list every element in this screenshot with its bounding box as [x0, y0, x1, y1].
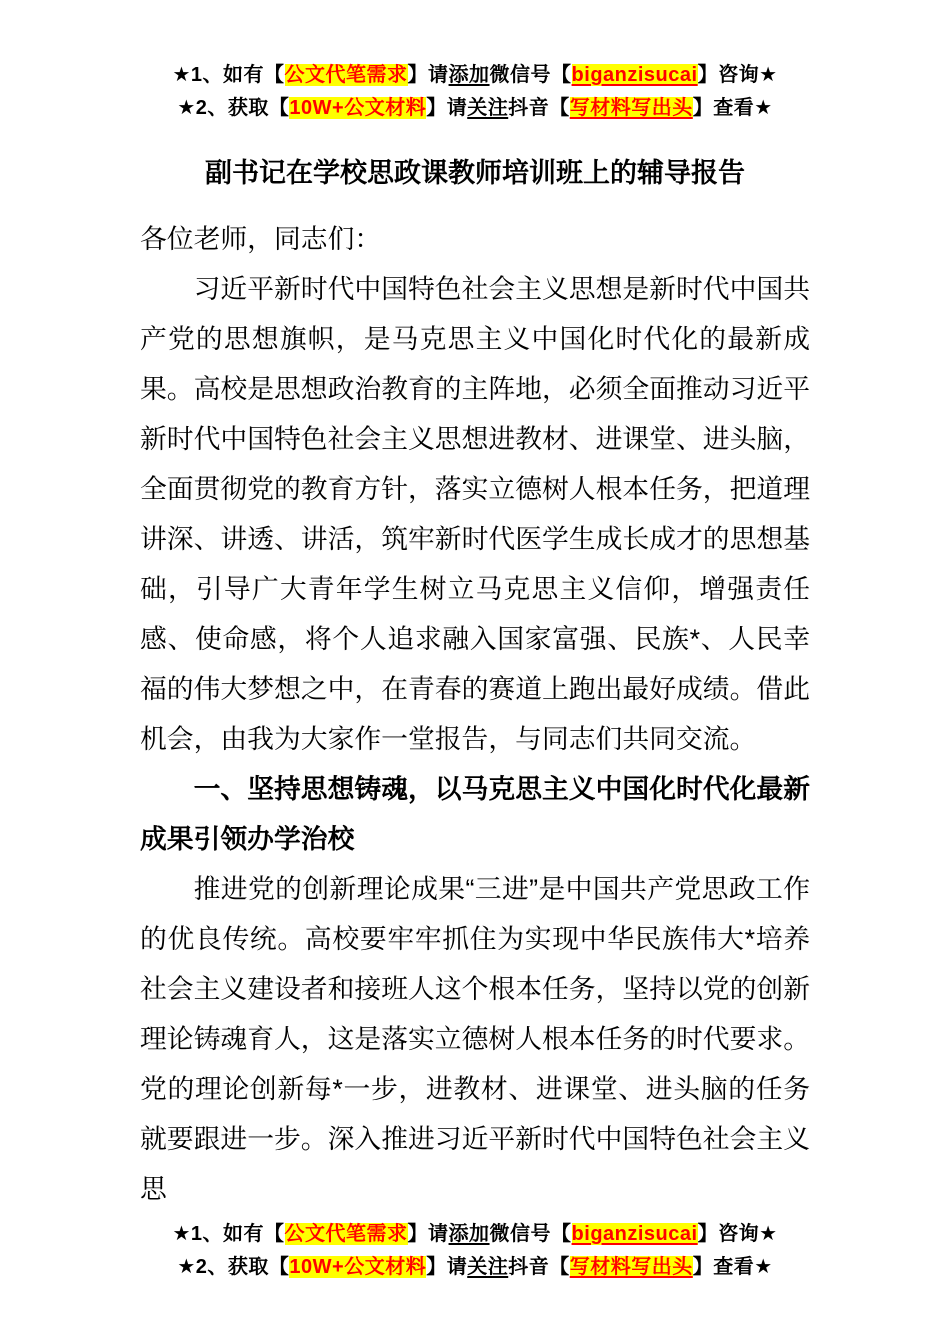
- body-paragraph: 推进党的创新理论成果“三进”是中国共产党思政工作的优良传统。高校要牢牢抓住为实现…: [140, 864, 810, 1214]
- footer-promo-line-2: ★2、获取【10W+公文材料】请关注抖音【写材料写出头】查看★: [0, 1251, 950, 1284]
- document-page: ★1、如有【公文代笔需求】请添加微信号【biganzisucai】咨询★ ★2、…: [0, 0, 950, 1344]
- promo-text: 】请: [426, 1256, 467, 1278]
- promo-text: 】请: [408, 64, 449, 86]
- header-promo: ★1、如有【公文代笔需求】请添加微信号【biganzisucai】咨询★ ★2、…: [0, 0, 950, 125]
- promo-underline-add: 添加: [449, 1223, 490, 1245]
- promo-text: 】请: [408, 1223, 449, 1245]
- promo-highlight-wechat-id: biganzisucai: [572, 1223, 698, 1245]
- promo-text: 微信号【: [490, 1223, 572, 1245]
- promo-highlight-wechat-id: biganzisucai: [572, 64, 698, 86]
- promo-text: ★2、获取【: [177, 1256, 289, 1278]
- document-title: 副书记在学校思政课教师培训班上的辅导报告: [140, 155, 810, 192]
- promo-text: ★1、如有【: [172, 64, 284, 86]
- promo-highlight-materials: 10W+公文材料: [289, 97, 426, 119]
- salutation: 各位老师，同志们：: [140, 214, 810, 264]
- body-paragraph: 习近平新时代中国特色社会主义思想是新时代中国共产党的思想旗帜，是马克思主义中国化…: [140, 264, 810, 764]
- footer-promo-line-1: ★1、如有【公文代笔需求】请添加微信号【biganzisucai】咨询★: [0, 1218, 950, 1251]
- promo-text: 抖音【: [508, 1256, 570, 1278]
- footer-promo: ★1、如有【公文代笔需求】请添加微信号【biganzisucai】咨询★ ★2、…: [0, 1218, 950, 1284]
- header-promo-line-1: ★1、如有【公文代笔需求】请添加微信号【biganzisucai】咨询★: [0, 59, 950, 92]
- promo-text: ★1、如有【: [172, 1223, 284, 1245]
- promo-text: 】查看★: [693, 97, 773, 119]
- promo-highlight-douyin-id: 写材料写出头: [570, 1256, 693, 1278]
- promo-text: 】查看★: [693, 1256, 773, 1278]
- promo-underline-follow: 关注: [467, 97, 508, 119]
- promo-text: ★2、获取【: [177, 97, 289, 119]
- promo-highlight-writing-service: 公文代笔需求: [285, 64, 408, 86]
- promo-highlight-writing-service: 公文代笔需求: [285, 1223, 408, 1245]
- promo-highlight-materials: 10W+公文材料: [289, 1256, 426, 1278]
- promo-underline-add: 添加: [449, 64, 490, 86]
- document-body: 各位老师，同志们： 习近平新时代中国特色社会主义思想是新时代中国共产党的思想旗帜…: [140, 214, 810, 1214]
- promo-text: 】请: [426, 97, 467, 119]
- promo-text: 】咨询★: [698, 64, 778, 86]
- promo-text: 】咨询★: [698, 1223, 778, 1245]
- header-promo-line-2: ★2、获取【10W+公文材料】请关注抖音【写材料写出头】查看★: [0, 92, 950, 125]
- section-1-heading: 一、坚持思想铸魂，以马克思主义中国化时代化最新成果引领办学治校: [140, 764, 810, 864]
- promo-highlight-douyin-id: 写材料写出头: [570, 97, 693, 119]
- promo-text: 抖音【: [508, 97, 570, 119]
- promo-underline-follow: 关注: [467, 1256, 508, 1278]
- promo-text: 微信号【: [490, 64, 572, 86]
